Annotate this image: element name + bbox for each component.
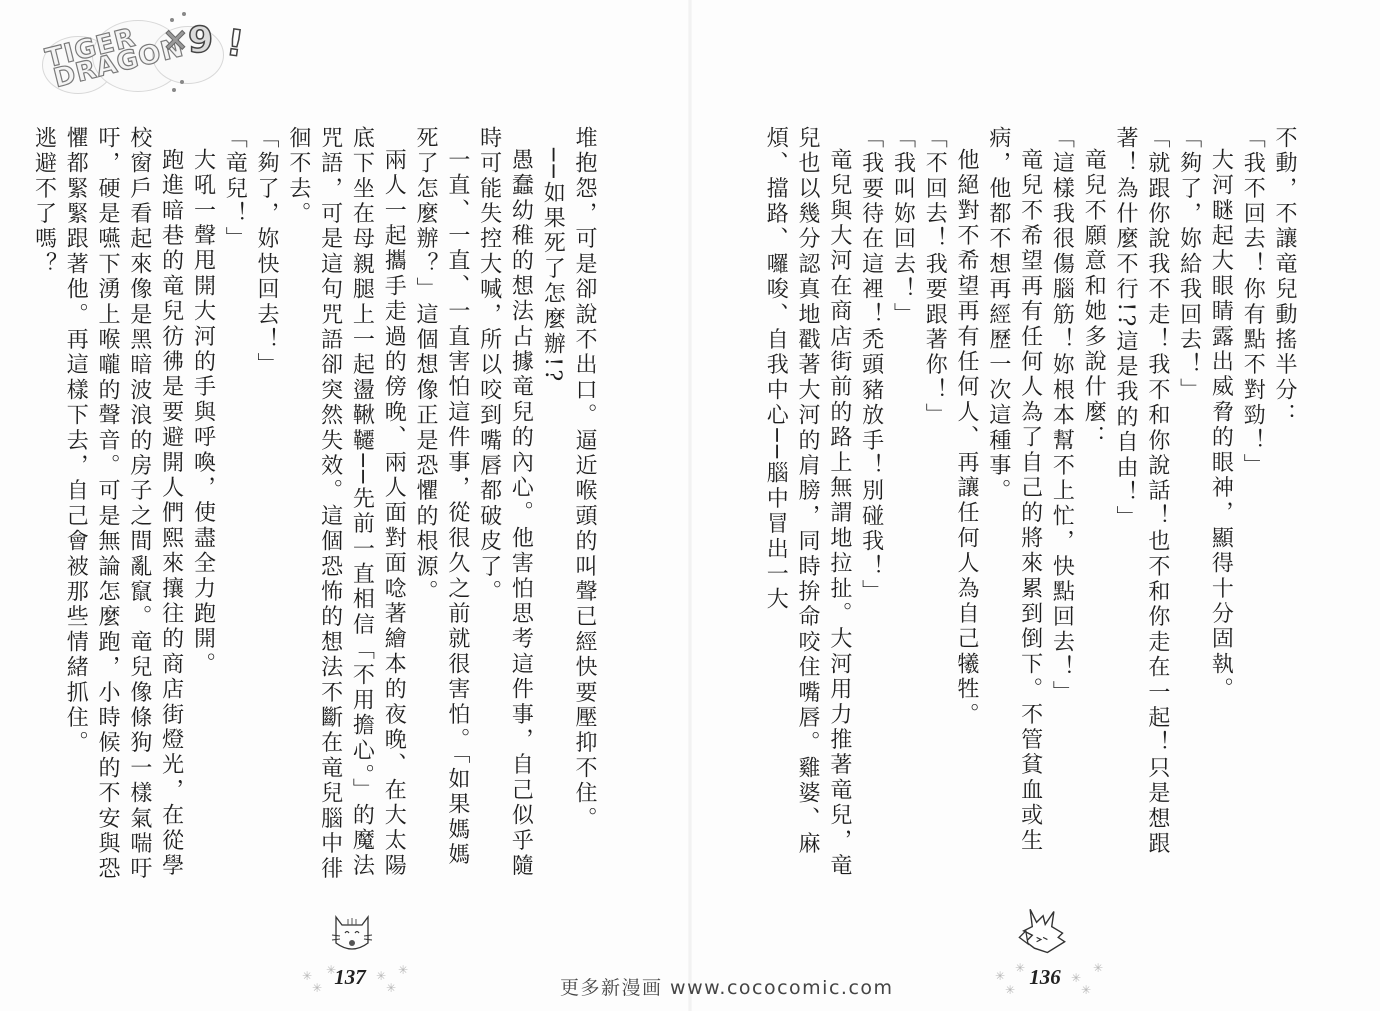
logo-sparkle-icon bbox=[170, 18, 174, 22]
paragraph: 堆抱怨，可是卻說不出口。逼近喉頭的叫聲已經快要壓抑不住。 bbox=[568, 126, 600, 886]
dialogue-line: 「我不回去！你有點不對勁！」 bbox=[1236, 126, 1268, 886]
logo-sparkle-icon bbox=[172, 88, 176, 92]
paragraph: 大河瞇起大眼睛露出威脅的眼神，顯得十分固執。 bbox=[1205, 126, 1237, 886]
dialogue-line: 「不回去！我要跟著你！」 bbox=[918, 126, 950, 886]
paragraph: 跑進暗巷的竜兒彷彿是要避開人們熙來攘往的商店街燈光，在從學校窗戶看起來像是黑暗波… bbox=[59, 126, 186, 886]
paragraph: 竜兒不願意和她多說什麼： bbox=[1077, 126, 1109, 886]
paragraph: 他絕對不希望再有任何人、再讓任何人為自己犧牲。 bbox=[950, 126, 982, 886]
star-icon: ✳ bbox=[386, 981, 396, 995]
logo-sparkle-icon bbox=[182, 12, 186, 16]
dialogue-line: 「竜兒！」 bbox=[218, 126, 250, 886]
star-icon: ✳ bbox=[1071, 971, 1081, 985]
paragraph: 大吼一聲甩開大河的手與呼喚，使盡全力跑開。 bbox=[187, 126, 219, 886]
dialogue-line: 「就跟你說我不走！我不和你說話！也不和你走在一起！只是想跟著！為什麼不行!?這是… bbox=[1109, 126, 1173, 886]
logo-sparkle-icon bbox=[180, 80, 184, 84]
body-text-right: 不動，不讓竜兒動搖半分： 「我不回去！你有點不對勁！」 大河瞇起大眼睛露出威脅的… bbox=[790, 126, 1300, 886]
site-watermark: 更多新漫画 www.cococomic.com bbox=[560, 973, 860, 1000]
page-136: 不動，不讓竜兒動搖半分： 「我不回去！你有點不對勁！」 大河瞇起大眼睛露出威脅的… bbox=[690, 0, 1380, 1011]
paragraph: 一直、一直、一直害怕這件事，從很久之前就很害怕。「如果媽媽死了怎麼辦？」這個想像… bbox=[409, 126, 473, 886]
page-137: TIGER DRAGON × 9 ! 堆抱怨，可是卻說不出口。逼近喉頭的叫聲已經… bbox=[0, 0, 690, 1011]
star-icon: ✳ bbox=[1093, 961, 1103, 975]
dragon-mascot-icon bbox=[1015, 905, 1069, 959]
dialogue-line: 「我叫妳回去！」 bbox=[887, 126, 919, 886]
cat-mascot-icon bbox=[330, 913, 374, 957]
logo-nine: 9 bbox=[188, 20, 214, 61]
paragraph: 逃避不了嗎？ bbox=[28, 126, 60, 886]
star-icon: ✳ bbox=[376, 969, 386, 983]
book-spread: TIGER DRAGON × 9 ! 堆抱怨，可是卻說不出口。逼近喉頭的叫聲已經… bbox=[0, 0, 1380, 1011]
dialogue-line: 「我要待在這裡！禿頭豬放手！別碰我！」 bbox=[855, 126, 887, 886]
star-icon: ✳ bbox=[1081, 983, 1091, 997]
dialogue-line: 「這樣我很傷腦筋！妳根本幫不上忙，快點回去！」 bbox=[1046, 126, 1078, 886]
paragraph: 兩人一起攜手走過的傍晚、兩人面對面唸著繪本的夜晚、在大太陽底下坐在母親腿上一起盪… bbox=[282, 126, 409, 886]
paragraph: ──如果死了怎麼辦!? bbox=[536, 126, 568, 886]
page-number-block: ✳ ✳ ✳ 137 ✳ ✳ ✳ bbox=[290, 905, 410, 1005]
paragraph: 竜兒與大河在商店街前的路上無謂地拉扯。大河用力推著竜兒，竜兒也以幾分認真地戳著大… bbox=[759, 126, 854, 886]
logo-exclamation: ! bbox=[224, 22, 247, 65]
series-logo: TIGER DRAGON × 9 ! bbox=[12, 6, 252, 106]
paragraph: 不動，不讓竜兒動搖半分： bbox=[1268, 126, 1300, 886]
body-text-left: 堆抱怨，可是卻說不出口。逼近喉頭的叫聲已經快要壓抑不住。 ──如果死了怎麼辦!?… bbox=[90, 126, 600, 886]
star-icon: ✳ bbox=[398, 963, 408, 977]
paragraph: 竜兒不希望再有任何人為了自己的將來累到倒下。不管貧血或生病，他都不想再經歷一次這… bbox=[982, 126, 1046, 886]
logo-cross: × bbox=[162, 20, 190, 58]
page-number-block: ✳ ✳ ✳ 136 ✳ ✳ ✳ bbox=[985, 905, 1105, 1005]
paragraph: 愚蠢幼稚的想法占據竜兒的內心。他害怕思考這件事，自己似乎隨時可能失控大喊，所以咬… bbox=[473, 126, 537, 886]
dialogue-line: 「夠了，妳快回去！」 bbox=[250, 126, 282, 886]
dialogue-line: 「夠了，妳給我回去！」 bbox=[1173, 126, 1205, 886]
